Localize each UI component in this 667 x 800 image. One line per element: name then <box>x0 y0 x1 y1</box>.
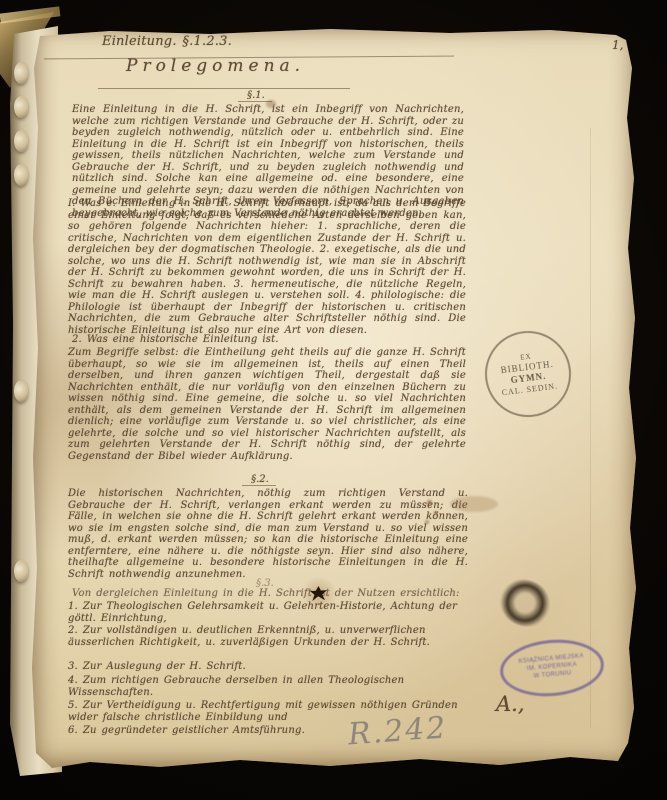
paragraph-3: Zum Begriffe selbst: die Eintheilung geh… <box>68 347 466 462</box>
sewing-cord <box>14 560 28 582</box>
foxing-smudge <box>450 496 498 512</box>
manuscript-photo: Einleitung. §.1.2.3. Prolegomena. 1, §.1… <box>0 0 667 800</box>
page-title: Prolegomena. <box>126 61 386 73</box>
foxing-spot <box>427 500 432 505</box>
foxing-spot <box>266 100 276 108</box>
page-crease <box>590 128 591 728</box>
section-mark-2: §.2. <box>230 474 290 485</box>
sewing-cord <box>14 164 28 186</box>
list-item-3: 3. Zur Auslegung der H. Schrift. <box>68 661 468 673</box>
foxing-spot <box>425 520 429 524</box>
list-item-4: 4. Zum richtigen Gebrauche derselben in … <box>68 675 468 698</box>
sewing-cord <box>14 62 28 84</box>
round-library-stamp: EX BIBLIOTH. GYMN. CAL. SEDIN. <box>480 326 576 422</box>
foxing-spot <box>434 511 438 515</box>
list-item-2: 2. Zur vollständigen u. deutlichen Erken… <box>68 625 468 648</box>
smudged-ink-stamp <box>495 575 555 632</box>
page-title-underline <box>98 88 350 89</box>
section-mark-1: §.1. <box>226 90 286 101</box>
page-number: 1, <box>612 38 623 52</box>
running-title: Einleitung. §.1.2.3. <box>102 36 432 48</box>
sewing-cord <box>14 380 28 402</box>
sewing-cord <box>14 96 28 118</box>
paragraph-4: Die historischen Nachrichten, nöthig zum… <box>68 488 468 580</box>
owner-initial-mark: A., <box>496 692 525 716</box>
manuscript-page: Einleitung. §.1.2.3. Prolegomena. 1, §.1… <box>30 28 638 770</box>
sewing-cord <box>14 130 28 152</box>
list-intro: Von dergleichen Einleitung in die H. Sch… <box>72 588 464 600</box>
round-stamp-line: CAL. SEDIN. <box>501 381 558 398</box>
paragraph-2: I. Was e. Einleitung in die H. Schrift ü… <box>68 198 466 336</box>
section-2-underline <box>242 485 276 486</box>
shelfmark-pencil: R.242 <box>347 711 449 753</box>
subheading-historische-einleitung: 2. Was eine historische Einleitung ist. <box>72 334 464 346</box>
list-item-1: 1. Zur Theologischen Gelehrsamkeit u. Ge… <box>68 601 468 624</box>
